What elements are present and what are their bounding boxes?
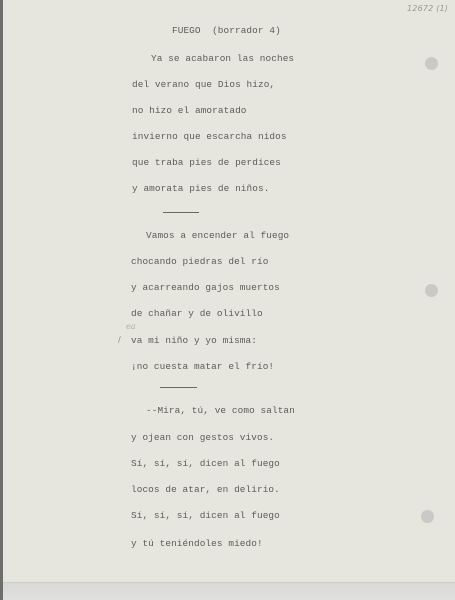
poem-line: locos de atar, en delirio. — [131, 484, 280, 495]
typewritten-page: 12672 (1) FUEGO (borrador 4) Ya se acaba… — [3, 0, 455, 583]
stanza-separator — [163, 212, 199, 213]
poem-line: que traba pies de perdices — [132, 157, 281, 168]
punch-hole-top — [425, 57, 438, 70]
poem-line: chocando piedras del río — [131, 256, 268, 267]
stanza-separator — [160, 387, 197, 388]
poem-line: --Mira, tú, ve como saltan — [146, 405, 295, 416]
poem-line: Sí, sí, sí, dicen al fuego — [131, 510, 280, 521]
punch-hole-bottom — [421, 510, 434, 523]
poem-title: FUEGO (borrador 4) — [172, 25, 281, 36]
scan-background — [3, 583, 455, 600]
poem-line: ¡no cuesta matar el frío! — [131, 361, 274, 372]
poem-line: y tú teniéndoles miedo! — [131, 538, 263, 549]
poem-line: y amorata pies de niños. — [132, 183, 269, 194]
poem-line: Vamos a encender al fuego — [146, 230, 289, 241]
handwritten-annotation: ea — [126, 322, 136, 331]
punch-hole-middle — [425, 284, 438, 297]
poem-line: Sí, sí, sí, dicen al fuego — [131, 458, 280, 469]
poem-line: y acarreando gajos muertos — [131, 282, 280, 293]
poem-line: va mi niño y yo misma: — [131, 335, 257, 346]
poem-line: no hizo el amoratado — [132, 105, 247, 116]
poem-line: y ojean con gestos vivos. — [131, 432, 274, 443]
archive-number: 12672 (1) — [407, 4, 448, 13]
poem-line: del verano que Dios hizo, — [132, 79, 275, 90]
poem-line: de chañar y de olivillo — [131, 308, 263, 319]
poem-line: invierno que escarcha nidos — [132, 131, 287, 142]
poem-line: Ya se acabaron las noches — [151, 53, 294, 64]
margin-mark: / — [118, 335, 121, 344]
